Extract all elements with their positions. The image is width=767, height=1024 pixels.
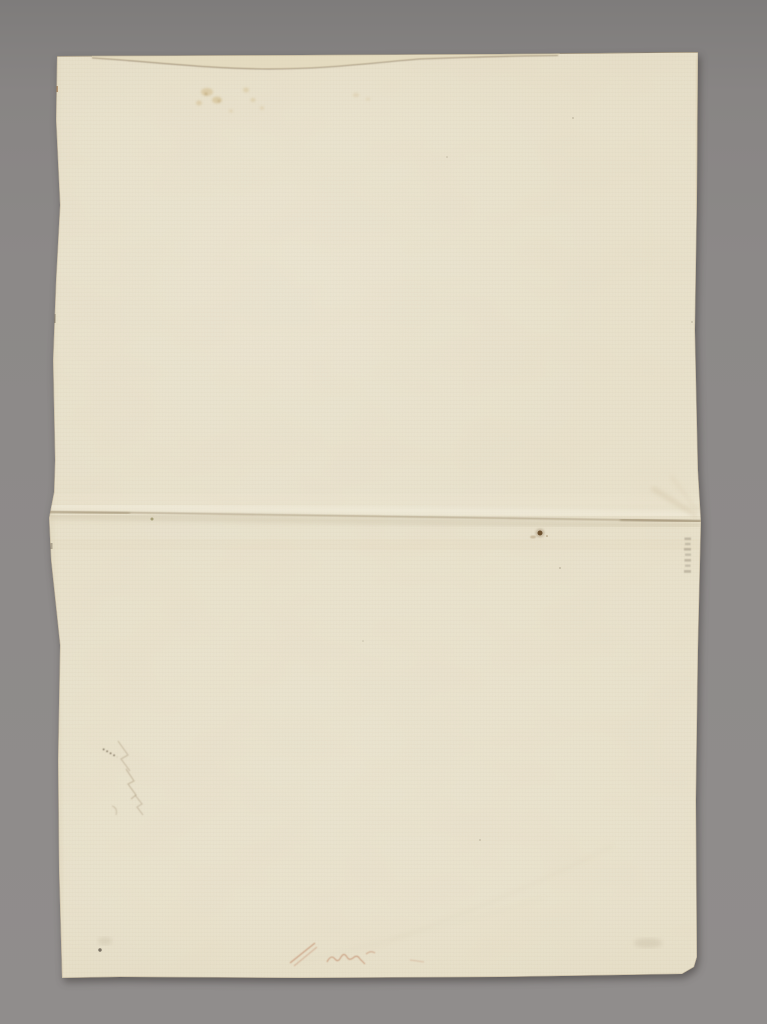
bottom-smudge [634,938,662,948]
olive-speck [151,518,154,521]
foxing-blob [196,101,202,106]
speck [559,567,561,569]
inscription-row [685,559,692,562]
speck [479,839,481,841]
foxing-dot [243,88,249,93]
paper-drop-shadow [0,0,767,1024]
paper-sheet [0,0,767,1024]
inscription-row [684,570,691,573]
speck [572,117,574,119]
foxing-fleck [218,100,220,102]
inscription-row [685,538,692,541]
inscription-row [684,548,691,551]
smudge [98,937,112,945]
inscription-row [685,543,691,545]
inscription-row [685,565,691,567]
left-edge-notch [56,86,58,92]
fold-lower-band [49,540,701,549]
speck [691,321,693,323]
foxing-dot [251,98,256,102]
foxing-blob [201,88,213,96]
speck [362,640,364,642]
fold-left-accent [49,512,130,514]
foxing-fleck [205,93,207,95]
fold-highlight-band [49,495,701,504]
dark-speck [98,948,101,951]
foxing-dot [229,109,233,112]
right-edge-tint [696,58,697,210]
left-edge-notch [51,543,53,549]
ink-spot-center [538,531,543,536]
speck [446,156,448,158]
inscription-row [685,554,691,556]
foxing-dot [353,93,359,97]
ink-spot-tail [530,536,536,539]
photograph-background [0,0,767,1024]
foxing-dot [366,97,370,101]
left-edge-notch [53,314,56,323]
foxing-dot [260,106,264,110]
paper-surface-marks [0,0,767,1024]
foxing-blob [212,97,222,104]
ink-spot-satellite [546,535,548,537]
